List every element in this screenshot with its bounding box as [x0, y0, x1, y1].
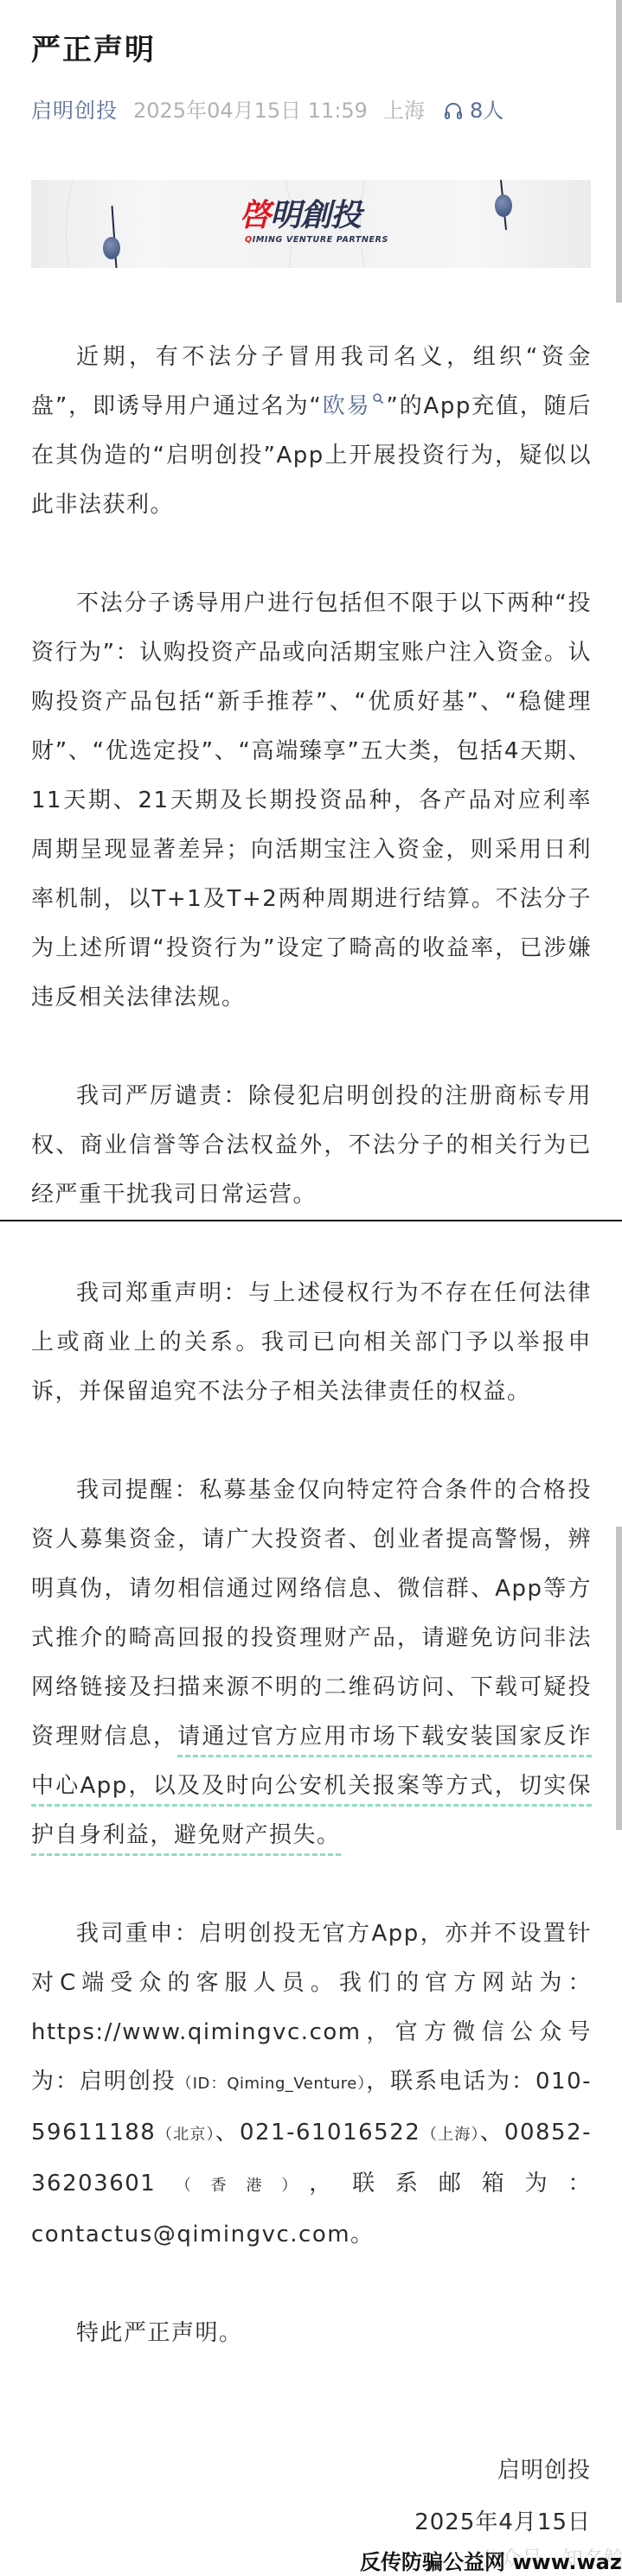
scrollbar-thumb[interactable]: [616, 0, 622, 303]
author-link[interactable]: 启明创投: [31, 97, 118, 124]
paragraph-3: 我司严厉谴责：除侵犯启明创投的注册商标专用权、商业信誉等合法权益外，不法分子的相…: [31, 1072, 592, 1220]
decorative-arc: [360, 180, 591, 268]
qiming-logo: 啓明創投 QIMING VENTURE PARTNERS: [240, 199, 378, 251]
paragraph-4: 我司郑重声明：与上述侵权行为不存在任何法律上或商业上的关系。我司已向相关部门予以…: [31, 1269, 592, 1417]
horizontal-divider: [0, 1220, 622, 1221]
scrollbar-thumb[interactable]: [616, 1527, 622, 1830]
wechat-id: （ID：Qiming_Venture）: [176, 2075, 366, 2093]
logo-english: QIMING VENTURE PARTNERS: [245, 235, 388, 245]
publish-time: 2025年04月15日 11:59: [133, 97, 368, 124]
paragraph-2: 不法分子诱导用户进行包括但不限于以下两种“投资行为”：认购投资产品或向活期宝账户…: [31, 579, 592, 1023]
site-watermark: 反传防骗公益网 www.wazi.cc: [360, 2545, 622, 2575]
listener-count: 8人: [470, 97, 503, 124]
paragraph-5: 我司提醒：私募基金仅向特定符合条件的合格投资人募集资金，请广大投资者、创业者提高…: [31, 1466, 592, 1860]
publish-location: 上海: [383, 97, 425, 124]
signature-company: 启明创投: [497, 2453, 591, 2488]
paragraph-6: 我司重申：启明创投无官方App，亦并不设置针对C端受众的客服人员。我们的官方网站…: [31, 1910, 592, 2260]
decorative-bead: [103, 237, 120, 259]
paragraph-7: 特此严正声明。: [31, 2309, 592, 2358]
search-icon: [372, 392, 384, 405]
signature-date: 2025年4月15日: [414, 2505, 591, 2540]
article-title: 严正声明: [31, 31, 156, 69]
logo-chinese: 啓明創投: [240, 199, 361, 233]
okx-search-link[interactable]: 欧易: [322, 393, 386, 419]
article-meta: 启明创投 2025年04月15日 11:59 上海 8人: [31, 97, 503, 124]
company-banner-image: 啓明創投 QIMING VENTURE PARTNERS: [31, 180, 591, 268]
paragraph-1: 近期，有不法分子冒用我司名义，组织“资金盘”，即诱导用户通过名为“欧易”的App…: [31, 333, 592, 530]
article-body: 近期，有不法分子冒用我司名义，组织“资金盘”，即诱导用户通过名为“欧易”的App…: [31, 333, 592, 2358]
listen-button[interactable]: 8人: [444, 97, 503, 124]
headphones-icon: [444, 100, 463, 121]
decorative-bead: [495, 194, 512, 217]
